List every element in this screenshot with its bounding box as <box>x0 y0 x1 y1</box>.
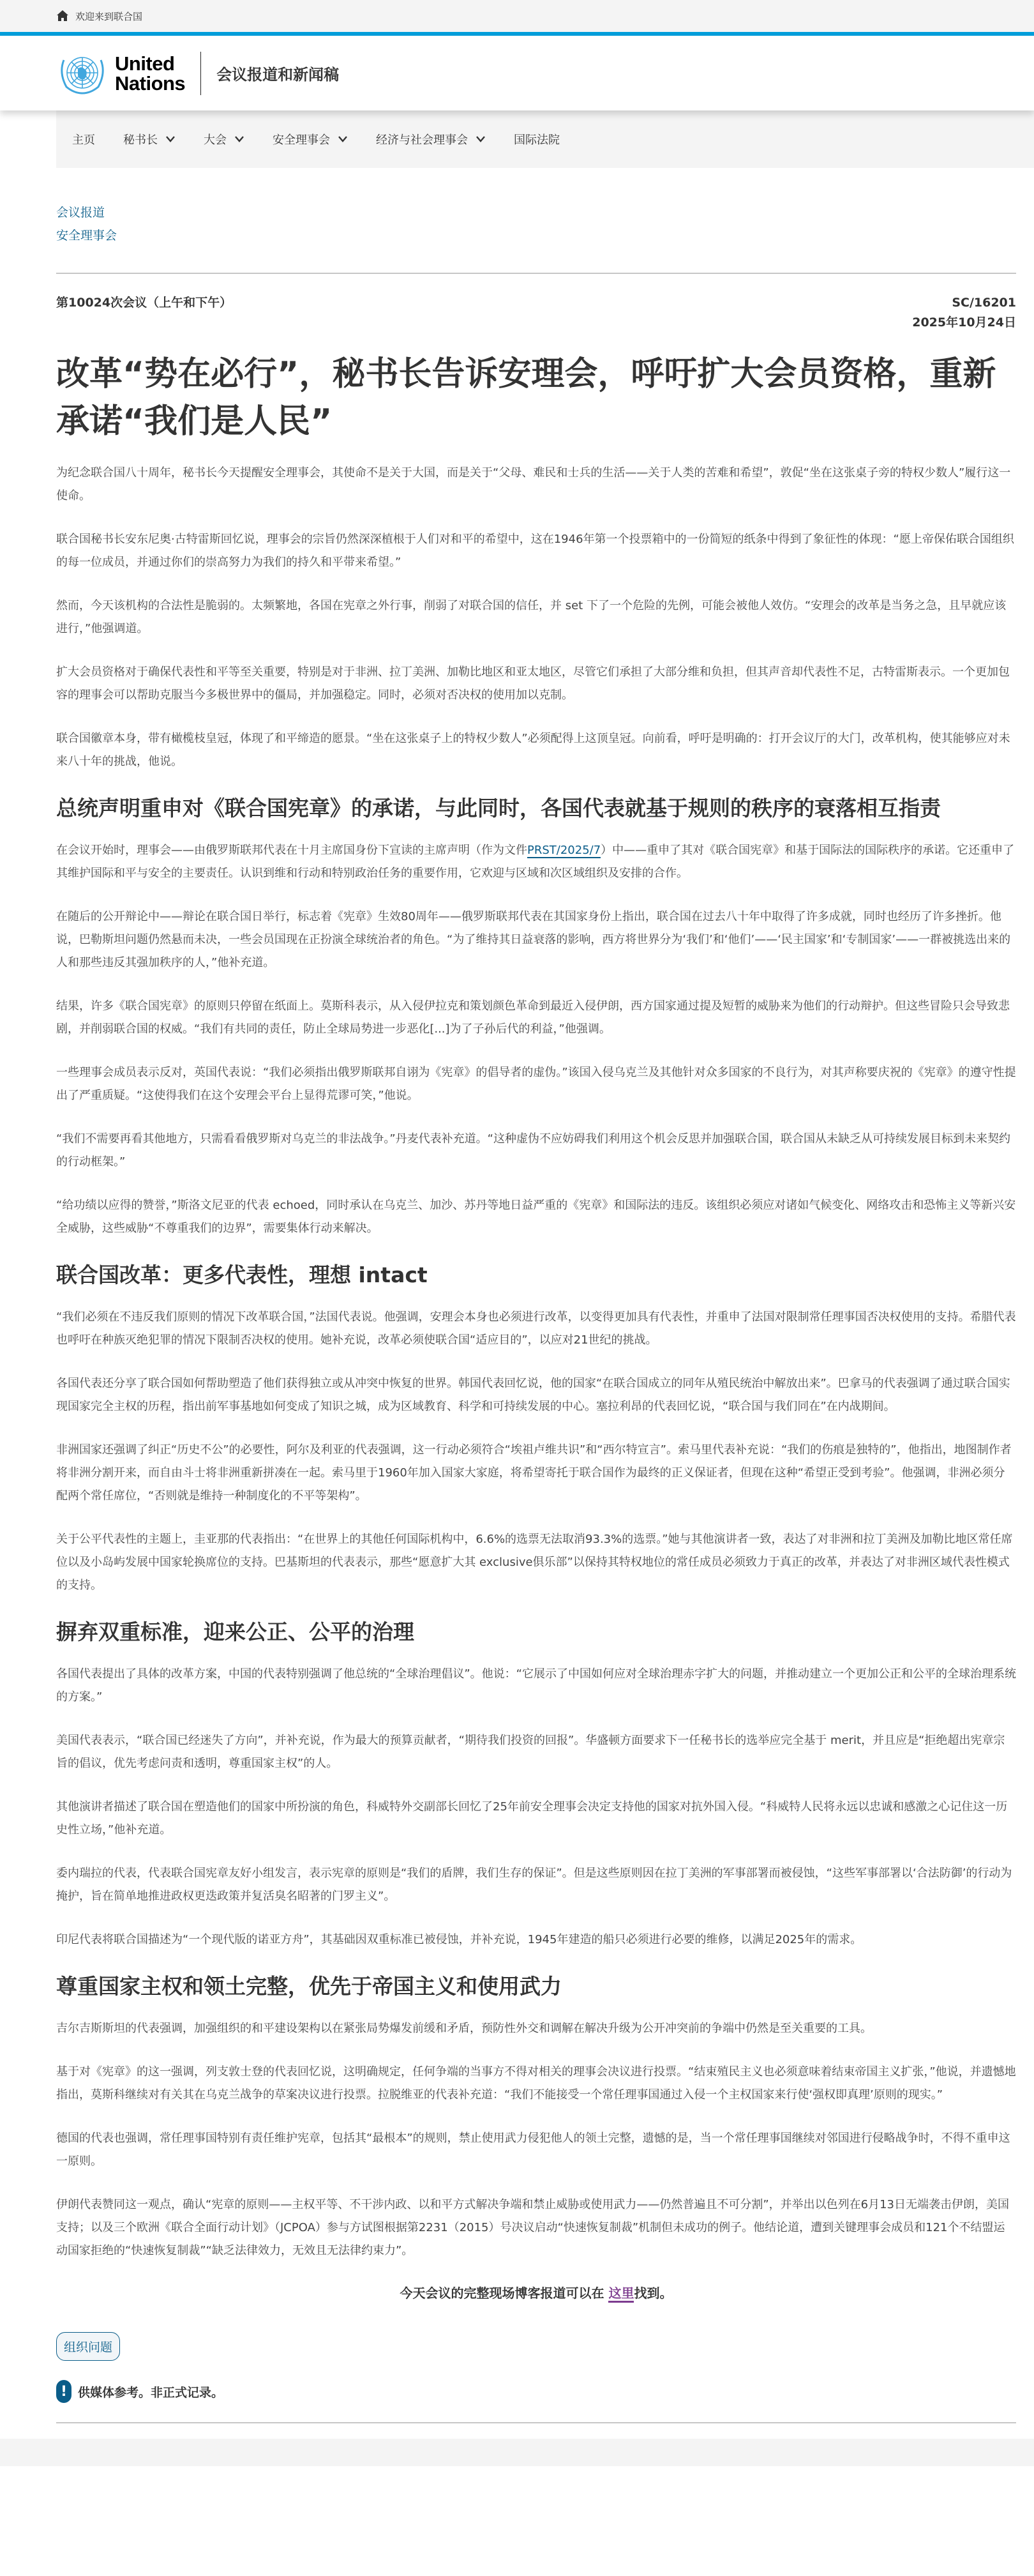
paragraph: “我们必须在不违反我们原则的情况下改革联合国，”法国代表说。他强调，安理会本身也… <box>56 1306 1016 1352</box>
nav-wrapper: 主页 秘书长 大会 安全理事会 经济与社会理事会 国际法院 <box>0 110 1034 168</box>
paragraph: 扩大会员资格对于确保代表性和平等至关重要，特别是对于非洲、拉丁美洲、加勒比地区和… <box>56 661 1016 707</box>
main-content: 会议报道 安全理事会 第10024次会议（上午和下午） SC/16201 202… <box>0 168 1034 2423</box>
paragraph: 伊朗代表赞同这一观点，确认“宪章的原则——主权平等、不干涉内政、以和平方式解决争… <box>56 2193 1016 2262</box>
chevron-down-icon <box>165 135 176 143</box>
paragraph: 关于公平代表性的主题上，圭亚那的代表指出：“在世界上的其他任何国际机构中，6.6… <box>56 1528 1016 1597</box>
paragraph: 其他演讲者描述了联合国在塑造他们的国家中所扮演的角色，科威特外交副部长回忆了25… <box>56 1796 1016 1842</box>
paragraph: 美国代表表示，“联合国已经迷失了方向”，并补充说，作为最大的预算贡献者，“期待我… <box>56 1729 1016 1775</box>
nav-item-general-assembly[interactable]: 大会 <box>204 131 244 148</box>
exclamation-icon: ! <box>56 2380 71 2403</box>
document-symbol: SC/16201 <box>912 293 1016 313</box>
un-emblem-logo[interactable] <box>56 51 109 96</box>
article-body: 为纪念联合国八十周年，秘书长今天提醒安全理事会，其使命不是关于大国，而是关于“父… <box>56 462 1016 2301</box>
paragraph: “我们不需要再看其他地方，只需看看俄罗斯对乌克兰的非法战争。”丹麦代表补充道。“… <box>56 1128 1016 1174</box>
paragraph: 委内瑞拉的代表，代表联合国宪章友好小组发言，表示宪章的原则是“我们的盾牌，我们生… <box>56 1862 1016 1908</box>
chevron-down-icon <box>234 135 244 143</box>
site-header: United Nations 会议报道和新闻稿 <box>0 36 1034 110</box>
nav-item-security-council[interactable]: 安全理事会 <box>273 131 348 148</box>
paragraph: 然而，今天该机构的合法性是脆弱的。太频繁地，各国在宪章之外行事，削弱了对联合国的… <box>56 595 1016 640</box>
meeting-meta: 第10024次会议（上午和下午） SC/16201 2025年10月24日 <box>56 293 1016 333</box>
paragraph: 在随后的公开辩论中——辩论在联合国日举行，标志着《宪章》生效80周年——俄罗斯联… <box>56 905 1016 974</box>
site-title[interactable]: 会议报道和新闻稿 <box>216 62 339 84</box>
wordmark-line2: Nations <box>115 73 185 93</box>
meta-right: SC/16201 2025年10月24日 <box>912 293 1016 333</box>
text: 今天会议的完整现场博客报道可以在 <box>400 2285 609 2301</box>
divider <box>56 273 1016 274</box>
footer <box>0 2439 1034 2466</box>
notice-text: 供媒体参考。非正式记录。 <box>78 2383 223 2400</box>
un-wordmark: United Nations <box>115 54 185 93</box>
paragraph: 结果，许多《联合国宪章》的原则只停留在纸面上。莫斯科表示，从入侵伊拉克和策划颜色… <box>56 995 1016 1041</box>
paragraph: 为纪念联合国八十周年，秘书长今天提醒安全理事会，其使命不是关于大国，而是关于“父… <box>56 462 1016 508</box>
paragraph: 吉尔吉斯斯坦的代表强调，加强组织的和平建设架构以在紧张局势爆发前缓和矛盾，预防性… <box>56 2017 1016 2040</box>
paragraph: 联合国徽章本身，带有橄榄枝皇冠，体现了和平缔造的愿景。“坐在这张桌子上的特权少数… <box>56 727 1016 773</box>
breadcrumb-security-council[interactable]: 安全理事会 <box>56 224 1016 247</box>
nav-label: 经济与社会理事会 <box>376 131 468 148</box>
paragraph: 各国代表提出了具体的改革方案，中国的代表特别强调了他总统的“全球治理倡议”。他说… <box>56 1663 1016 1709</box>
paragraph: 德国的代表也强调，常任理事国特别有责任维护宪章，包括其“最根本”的规则，禁止使用… <box>56 2127 1016 2173</box>
prst-document-link[interactable]: PRST/2025/7 <box>527 844 601 858</box>
utility-bar: 欢迎来到联合国 <box>0 0 1034 32</box>
nav-label: 安全理事会 <box>273 131 330 148</box>
text: 在会议开始时，理事会——由俄罗斯联邦代表在十月主席国身份下宣读的主席声明（作为文… <box>56 844 527 857</box>
live-blog-note: 今天会议的完整现场博客报道可以在 这里找到。 <box>56 2283 1016 2301</box>
meeting-number: 第10024次会议（上午和下午） <box>56 293 232 333</box>
topic-tag-button[interactable]: 组织问题 <box>56 2332 120 2361</box>
text: 找到。 <box>634 2285 672 2301</box>
nav-item-home[interactable]: 主页 <box>72 131 95 148</box>
home-icon[interactable] <box>56 10 69 22</box>
section-heading: 联合国改革：更多代表性，理想 intact <box>56 1261 1016 1289</box>
wordmark-line1: United <box>115 54 185 73</box>
nav-label: 大会 <box>204 131 227 148</box>
paragraph: 基于对《宪章》的这一强调，列支敦士登的代表回忆说，这明确规定，任何争端的当事方不… <box>56 2061 1016 2107</box>
paragraph: 联合国秘书长安东尼奥·古特雷斯回忆说，理事会的宗旨仍然深深植根于人们对和平的希望… <box>56 528 1016 574</box>
nav-label: 国际法院 <box>514 131 560 148</box>
paragraph: 在会议开始时，理事会——由俄罗斯联邦代表在十月主席国身份下宣读的主席声明（作为文… <box>56 839 1016 885</box>
media-notice: ! 供媒体参考。非正式记录。 <box>56 2380 1016 2403</box>
welcome-link[interactable]: 欢迎来到联合国 <box>75 10 142 23</box>
section-heading: 总统声明重申对《联合国宪章》的承诺，与此同时，各国代表就基于规则的秩序的衰落相互… <box>56 794 1016 822</box>
chevron-down-icon <box>476 135 486 143</box>
paragraph: 非洲国家还强调了纠正“历史不公”的必要性，阿尔及利亚的代表强调，这一行动必须符合… <box>56 1439 1016 1508</box>
paragraph: 一些理事会成员表示反对，英国代表说：“我们必须指出俄罗斯联邦自诩为《宪章》的倡导… <box>56 1061 1016 1107</box>
section-heading: 摒弃双重标准，迎来公正、公平的治理 <box>56 1618 1016 1646</box>
paragraph: “给功绩以应得的赞誉，”斯洛文尼亚的代表 echoed，同时承认在乌克兰、加沙、… <box>56 1194 1016 1240</box>
divider <box>56 2422 1016 2423</box>
chevron-down-icon <box>338 135 348 143</box>
nav-item-secretary-general[interactable]: 秘书长 <box>123 131 176 148</box>
live-blog-link[interactable]: 这里 <box>608 2285 634 2303</box>
meeting-date: 2025年10月24日 <box>912 313 1016 333</box>
nav-label: 秘书长 <box>123 131 158 148</box>
breadcrumb-meetings-coverage[interactable]: 会议报道 <box>56 201 1016 224</box>
paragraph: 印尼代表将联合国描述为“一个现代版的诺亚方舟”，其基础因双重标准已被侵蚀，并补充… <box>56 1928 1016 1951</box>
section-heading: 尊重国家主权和领土完整，优先于帝国主义和使用武力 <box>56 1972 1016 2001</box>
nav-item-icj[interactable]: 国际法院 <box>514 131 560 148</box>
main-nav: 主页 秘书长 大会 安全理事会 经济与社会理事会 国际法院 <box>56 110 1034 168</box>
breadcrumb: 会议报道 安全理事会 <box>56 168 1016 247</box>
header-divider <box>200 52 201 95</box>
page-title: 改革“势在必行”，秘书长告诉安理会，呼吁扩大会员资格，重新承诺“我们是人民” <box>56 351 1016 445</box>
paragraph: 各国代表还分享了联合国如何帮助塑造了他们获得独立或从冲突中恢复的世界。韩国代表回… <box>56 1372 1016 1418</box>
nav-label: 主页 <box>72 131 95 148</box>
nav-item-ecosoc[interactable]: 经济与社会理事会 <box>376 131 486 148</box>
